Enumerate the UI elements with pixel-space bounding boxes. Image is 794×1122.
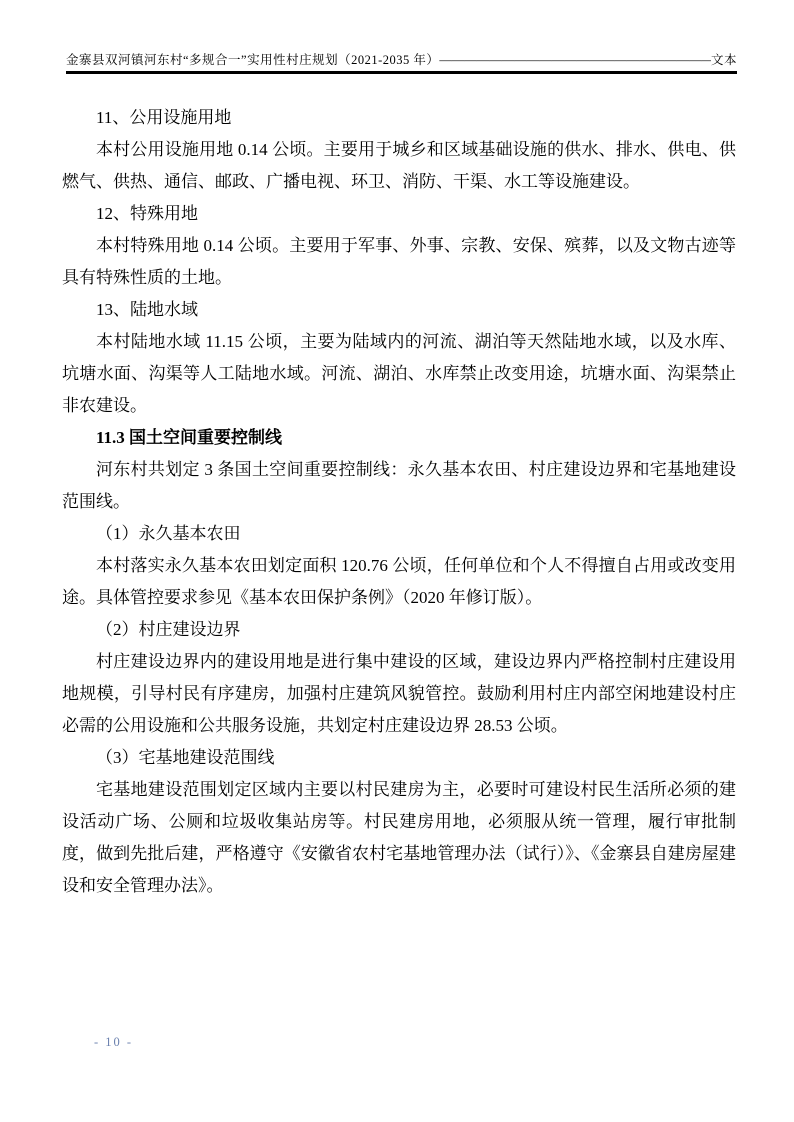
section-item-heading: 12、特殊用地 — [62, 198, 736, 230]
body-paragraph: 本村落实永久基本农田划定面积 120.76 公顷，任何单位和个人不得擅自占用或改… — [62, 550, 736, 614]
body-paragraph: 宅基地建设范围划定区域内主要以村民建房为主，必要时可建设村民生活所必须的建设活动… — [62, 774, 736, 902]
page-header: 金寨县双河镇河东村“多规合一”实用性村庄规划（2021-2035 年） ————… — [66, 50, 737, 72]
body-paragraph: 河东村共划定 3 条国土空间重要控制线：永久基本农田、村庄建设边界和宅基地建设范… — [62, 454, 736, 518]
body-paragraph: 村庄建设边界内的建设用地是进行集中建设的区域，建设边界内严格控制村庄建设用地规模… — [62, 646, 736, 742]
page-number: - 10 - — [94, 1035, 133, 1049]
body-paragraph: 本村公用设施用地 0.14 公顷。主要用于城乡和区域基础设施的供水、排水、供电、… — [62, 134, 736, 198]
section-item-heading: 13、陆地水域 — [62, 294, 736, 326]
document-body: 11、公用设施用地 本村公用设施用地 0.14 公顷。主要用于城乡和区域基础设施… — [62, 102, 736, 902]
document-page: 金寨县双河镇河东村“多规合一”实用性村庄规划（2021-2035 年） ————… — [0, 0, 794, 1122]
body-paragraph: 本村陆地水域 11.15 公顷，主要为陆域内的河流、湖泊等天然陆地水域，以及水库… — [62, 326, 736, 422]
header-title: 金寨县双河镇河东村“多规合一”实用性村庄规划（2021-2035 年） — [66, 50, 439, 68]
header-rule-dashes: ———————————————————————————————— — [439, 53, 711, 68]
section-item-heading: （1）永久基本农田 — [62, 518, 736, 550]
page-footer: - 10 - — [94, 1035, 133, 1050]
body-paragraph: 本村特殊用地 0.14 公顷。主要用于军事、外事、宗教、安保、殡葬，以及文物古迹… — [62, 230, 736, 294]
section-item-heading: （2）村庄建设边界 — [62, 614, 736, 646]
section-heading: 11.3 国土空间重要控制线 — [62, 422, 736, 454]
header-doc-type-label: 文本 — [711, 50, 737, 68]
section-item-heading: （3）宅基地建设范围线 — [62, 742, 736, 774]
header-divider — [66, 71, 737, 74]
section-item-heading: 11、公用设施用地 — [62, 102, 736, 134]
